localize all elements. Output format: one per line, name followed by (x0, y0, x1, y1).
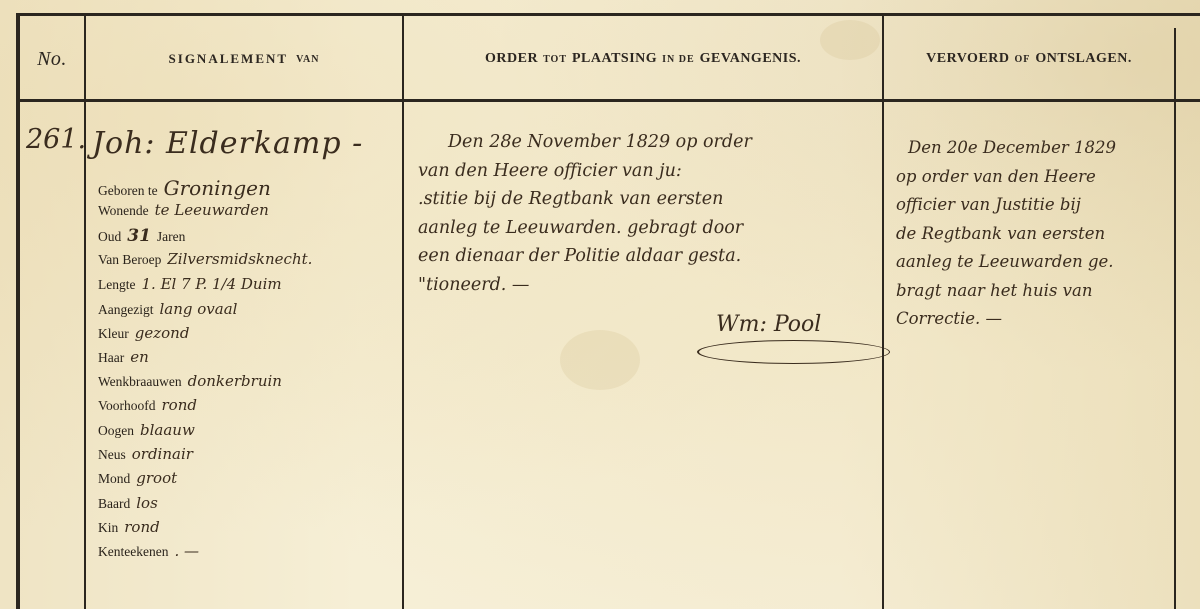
sig-label: Wonende (98, 203, 149, 219)
header-bottom-rule (20, 99, 1200, 102)
sig-label: Aangezigt (98, 302, 153, 318)
sig-value: en (130, 348, 149, 366)
sig-row-baard: Baard los (98, 494, 158, 516)
header-signalement-main: SIGNALEMENT (169, 51, 289, 67)
sig-row-aangezigt: Aangezigt lang ovaal (98, 300, 237, 322)
sig-value: . — (174, 542, 199, 560)
sig-label: Neus (98, 447, 126, 463)
sig-value: lang ovaal (159, 300, 237, 318)
sig-label: Mond (98, 471, 130, 487)
header-no: No. (20, 44, 84, 74)
sig-label: Van Beroep (98, 252, 161, 268)
entry-number: 261. (26, 124, 86, 155)
header-vervoerd-1: VERVOERD (926, 51, 1009, 67)
vervoerd-line: aanleg te Leeuwarden ge. (896, 248, 1116, 277)
sig-label: Voorhoofd (98, 398, 156, 414)
order-line: een dienaar der Politie aldaar gesta. (418, 242, 752, 271)
vervoerd-line: bragt naar het huis van (896, 277, 1116, 306)
sig-label: Baard (98, 496, 130, 512)
sig-label: Wenkbraauwen (98, 374, 182, 390)
order-line: "tioneerd. — (418, 271, 752, 300)
header-order-5: GEVANGENIS. (700, 51, 801, 67)
sig-value: Zilversmidsknecht. (167, 250, 312, 268)
order-line: aanleg te Leeuwarden. gebragt door (418, 214, 752, 243)
sig-label: Oogen (98, 423, 134, 439)
sig-value: te Leeuwarden (155, 201, 269, 219)
sig-value: gezond (135, 324, 190, 342)
sig-value: ordinair (132, 445, 193, 463)
order-line: .stitie bij de Regtbank van eersten (418, 185, 752, 214)
sig-suffix: Jaren (157, 229, 185, 245)
sig-row-kenteekenen: Kenteekenen . — (98, 542, 199, 564)
header-order-3: PLAATSING (572, 51, 657, 67)
signature-flourish (697, 340, 890, 364)
sig-value: rond (162, 396, 197, 414)
sig-row-kin: Kin rond (98, 518, 160, 540)
sig-row-oud: Oud 31 Jaren (98, 226, 185, 248)
order-signature: Wm: Pool (716, 312, 821, 337)
order-line: Den 28e November 1829 op order (418, 128, 752, 157)
divider-no (84, 16, 86, 609)
header-vervoerd-2: OF (1015, 54, 1031, 65)
vervoerd-line: op order van den Heere (896, 163, 1116, 192)
sig-row-kleur: Kleur gezond (98, 324, 189, 346)
vervoerd-line: officier van Justitie bij (896, 191, 1116, 220)
vervoerd-line: Correctie. — (896, 305, 1116, 334)
header-order-2: TOT (543, 54, 567, 65)
sig-label: Kleur (98, 326, 129, 342)
sig-value: rond (124, 518, 159, 536)
vervoerd-text: Den 20e December 1829 op order van den H… (896, 134, 1116, 334)
order-text: Den 28e November 1829 op order van den H… (418, 128, 752, 299)
sig-row-geboren: Geboren te Groningen (98, 176, 271, 198)
sig-value: groot (136, 469, 177, 487)
sig-value: blaauw (140, 421, 195, 439)
sig-row-wenkbraauwen: Wenkbraauwen donkerbruin (98, 372, 282, 394)
header-vervoerd: VERVOERD OF ONTSLAGEN. (884, 44, 1174, 74)
sig-label: Kin (98, 520, 118, 536)
paper-stain (560, 330, 640, 390)
vervoerd-line: Den 20e December 1829 (896, 134, 1116, 163)
header-order-1: ORDER (485, 51, 538, 67)
sig-label: Geboren te (98, 183, 158, 199)
header-order-4: IN DE (662, 54, 695, 65)
header-no-label: No. (37, 48, 67, 71)
top-border (16, 13, 1200, 16)
header-vervoerd-3: ONTSLAGEN. (1035, 51, 1131, 67)
divider-signalement (402, 16, 404, 609)
order-line: van den Heere officier van ju: (418, 157, 752, 186)
divider-vervoerd (1174, 28, 1176, 609)
sig-row-lengte: Lengte 1. El 7 P. 1/4 Duim (98, 275, 282, 297)
sig-row-beroep: Van Beroep Zilversmidsknecht. (98, 250, 312, 272)
sig-label: Haar (98, 350, 124, 366)
vervoerd-line: de Regtbank van eersten (896, 220, 1116, 249)
sig-label: Kenteekenen (98, 544, 168, 560)
sig-row-haar: Haar en (98, 348, 149, 370)
sig-value: 31 (127, 226, 151, 246)
sig-value: donkerbruin (188, 372, 282, 390)
sig-row-neus: Neus ordinair (98, 445, 193, 467)
divider-order (882, 16, 884, 609)
left-border (16, 13, 20, 609)
sig-row-oogen: Oogen blaauw (98, 421, 195, 443)
sig-row-voorhoofd: Voorhoofd rond (98, 396, 197, 418)
sig-value: Groningen (164, 176, 271, 200)
sig-label: Lengte (98, 277, 135, 293)
sig-label: Oud (98, 229, 121, 245)
header-signalement: SIGNALEMENT VAN (86, 44, 402, 74)
sig-row-mond: Mond groot (98, 469, 177, 491)
sig-value: los (136, 494, 158, 512)
header-signalement-small: VAN (296, 54, 319, 65)
header-order: ORDER TOT PLAATSING IN DE GEVANGENIS. (404, 44, 882, 74)
sig-value: 1. El 7 P. 1/4 Duim (141, 275, 281, 293)
sig-row-wonende: Wonende te Leeuwarden (98, 201, 269, 223)
entry-name: Joh: Elderkamp - (92, 126, 363, 161)
